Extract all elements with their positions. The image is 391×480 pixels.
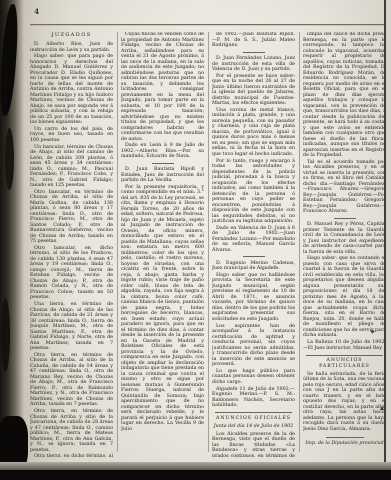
heading-rule bbox=[215, 412, 292, 413]
header-rule bbox=[30, 24, 386, 25]
notice-paragraph: limpia del cauce de dicha presa Bernesga… bbox=[303, 32, 386, 159]
text-columns: JUZGADOSD. Alberto Ríos, Juez de instruc… bbox=[30, 32, 386, 457]
notice-paragraph: Por lo tanto, ruego y encargo á todas la… bbox=[212, 159, 295, 225]
notice-paragraph: D. Eugenio Merino Cadenas, Juez municipa… bbox=[212, 261, 295, 272]
notice-paragraph: Los Alcaldes preseros de la de Bernesga,… bbox=[212, 432, 295, 458]
column-2: Cuyas fincas se venden como de la propie… bbox=[121, 32, 204, 457]
column-3: de 1902.—Juan Bautista Ripoll.—P. M. de … bbox=[212, 32, 295, 457]
notice-paragraph: Los aspirantes han de acompañar á la ins… bbox=[212, 324, 295, 368]
notice-signature: La Bañeza 10 de Julio de 1902.—El Juez i… bbox=[303, 340, 386, 351]
notice-paragraph: Cuyas fincas se venden como de la propie… bbox=[121, 32, 204, 142]
notice-separator bbox=[334, 218, 356, 219]
heading-rule bbox=[306, 355, 383, 356]
scanned-gazette-page: 4 JUZGADOSD. Alberto Ríos, Juez de instr… bbox=[0, 0, 391, 480]
notice-paragraph: D. Juan Fernández Lozano, Juez de instru… bbox=[212, 56, 295, 73]
notice-paragraph: D. Alberto Ríos, Juez de instrucción de … bbox=[30, 42, 113, 53]
notice-paragraph: Hago saber: que no contando el puesto co… bbox=[303, 256, 386, 339]
section-heading: ANUNCIOS PARTICULARES bbox=[303, 355, 386, 370]
notice-paragraph: Hago saber: que para pago de honorarios … bbox=[30, 54, 113, 126]
notice-paragraph: Otro bancalar, en dicho término, al siti… bbox=[30, 246, 113, 301]
notice-paragraph: Otro bancalar, en término de Chozas de A… bbox=[30, 190, 113, 245]
notice-paragraph: D. Juan Bautista Ripoll y Estades, Juez … bbox=[121, 167, 204, 184]
notice-signature: Algadefe 11 de Julio de 1902.—Eugenio Me… bbox=[212, 387, 295, 409]
adjacent-page-edge bbox=[386, 0, 391, 466]
notice-paragraph: Otra tierra, en dicho término, al sitio … bbox=[30, 454, 113, 457]
notice-paragraph: Otra tierra, en término de Chozas de Arr… bbox=[30, 409, 113, 453]
scan-black-band bbox=[0, 470, 391, 480]
notice-paragraph: Tal es el acuerdo tomado por los Alcalde… bbox=[303, 160, 386, 215]
notice-paragraph: Hago saber que no hallándose provista la… bbox=[212, 273, 295, 323]
notice-paragraph: Otra tierra, en término de Chozas de Arr… bbox=[30, 353, 113, 408]
notice-paragraph: Lo que hago público para cuantas persona… bbox=[212, 369, 295, 386]
notice-paragraph: Un carro de los del país, de rayos, en b… bbox=[30, 127, 113, 144]
column-divider bbox=[208, 32, 209, 452]
column-1: JUZGADOSD. Alberto Ríos, Juez de instruc… bbox=[30, 32, 113, 457]
notice-separator bbox=[243, 52, 265, 53]
notice-signature: de 1902.—Juan Bautista Ripoll.—P. M. de … bbox=[212, 32, 295, 49]
page-number: 4 bbox=[34, 7, 39, 16]
session-date-line: Junta del día 14 de Julio de 1902 bbox=[212, 424, 295, 430]
binding-stain bbox=[1, 298, 10, 372]
section-heading: ANUNCIOS OFICIALES bbox=[212, 412, 295, 421]
notice-separator bbox=[243, 256, 265, 257]
notice-paragraph: Por la presente requisitoria, y como com… bbox=[121, 185, 204, 433]
notice-paragraph: Por el presente se hace saber: que en la… bbox=[212, 74, 295, 107]
scan-bottom-strip bbox=[0, 462, 391, 470]
notice-separator bbox=[152, 163, 174, 164]
notice-paragraph: Un bancalar, término de Chozas de Abajo,… bbox=[30, 145, 113, 189]
notice-signature: Dado en Valencia de D. Juan á 8 de Julio… bbox=[212, 226, 295, 254]
section-heading: JUZGADOS bbox=[30, 33, 113, 39]
binding-stain bbox=[5, 128, 14, 190]
notice-paragraph: Una corona de metal blanco, imitación á … bbox=[212, 108, 295, 158]
column-divider bbox=[299, 32, 300, 452]
notice-signature: Dado en León á 9 de Julio de 1902.—Alber… bbox=[121, 143, 204, 160]
notice-paragraph: Una tierra, en término de Chozas de Abaj… bbox=[30, 302, 113, 352]
column-divider bbox=[117, 32, 118, 452]
page-edge-line bbox=[384, 0, 386, 466]
printer-imprint: Imp. de la Diputación provincial bbox=[303, 437, 386, 447]
column-4: limpia del cauce de dicha presa Bernesga… bbox=[303, 32, 386, 457]
notice-paragraph: D. Manuel Rey y Pérez, Capitán primer Te… bbox=[303, 222, 386, 255]
notice-paragraph: Se halla extraviada, de la feria última … bbox=[303, 372, 386, 433]
